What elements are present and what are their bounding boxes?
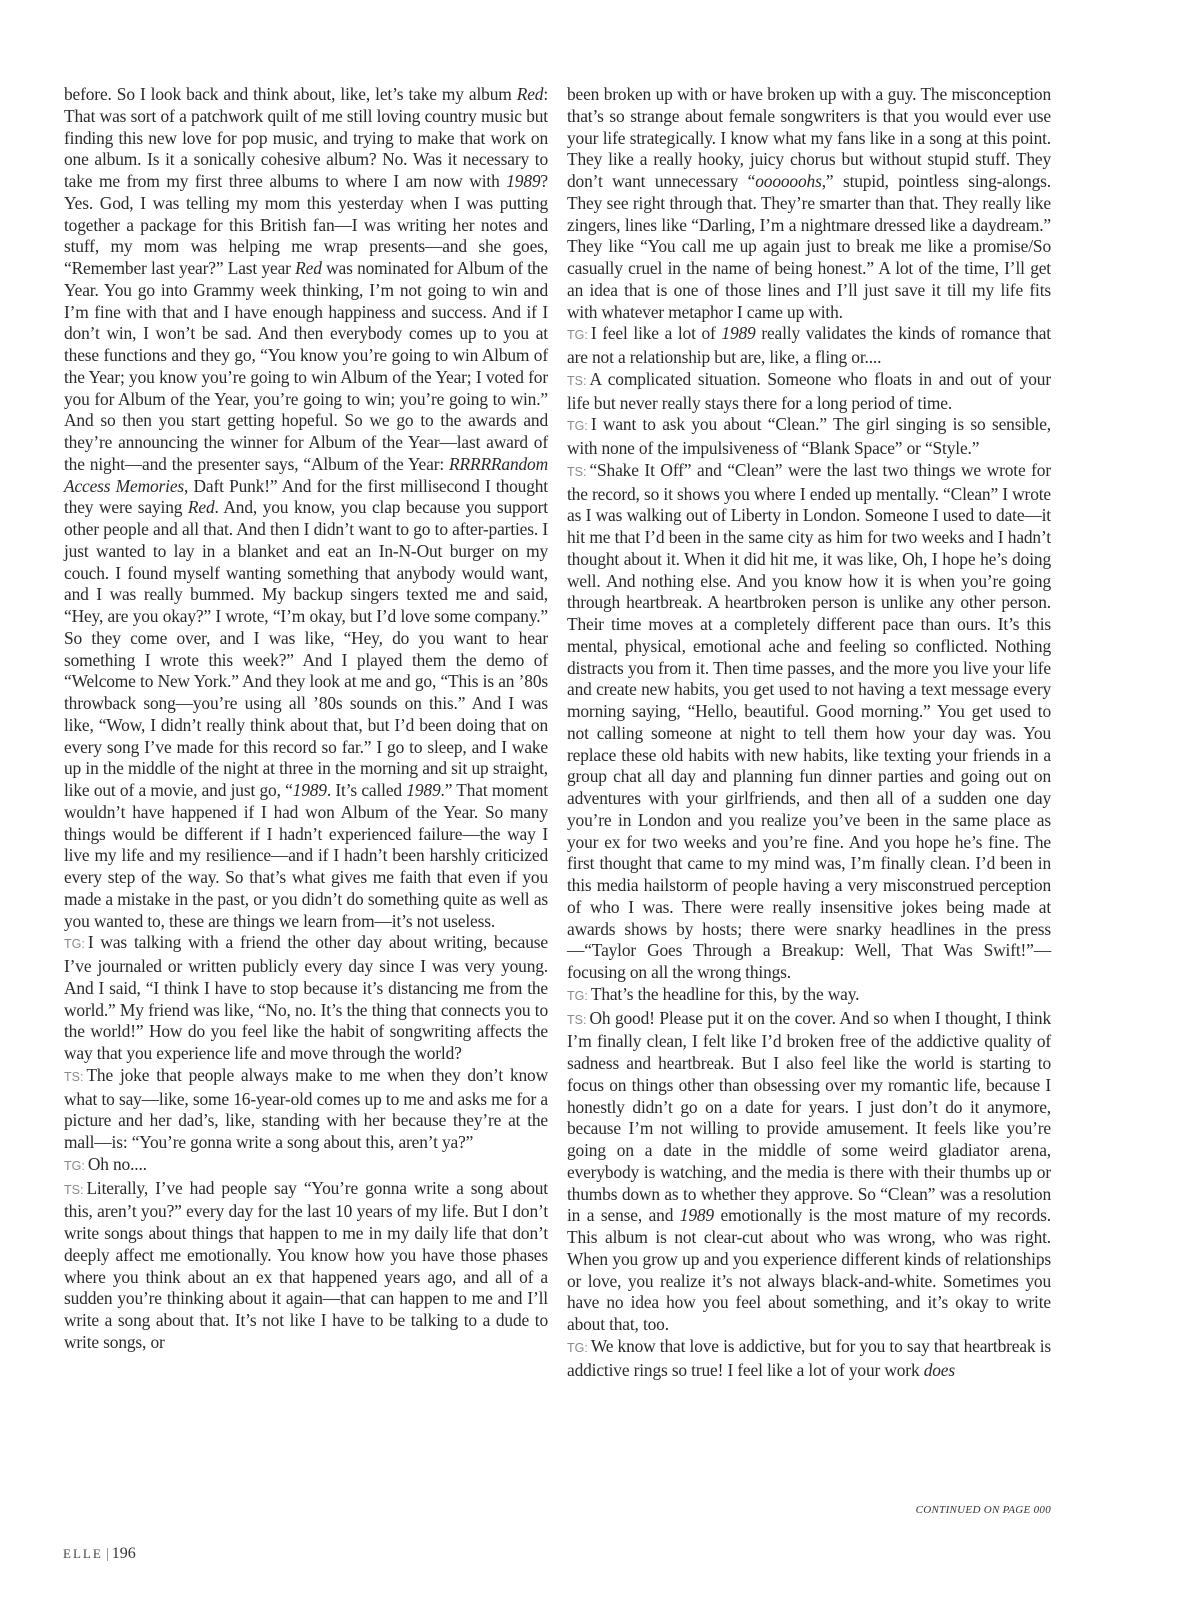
italic-title: 1989 bbox=[721, 323, 755, 343]
speaker-label: TS: bbox=[567, 465, 586, 479]
speaker-label: TG: bbox=[64, 937, 85, 951]
body-text: I feel like a lot of bbox=[591, 323, 722, 343]
magazine-logo: ELLE bbox=[63, 1546, 103, 1562]
body-text: A complicated situation. Someone who flo… bbox=[567, 369, 1051, 413]
body-text: .” That moment wouldn’t have happened if… bbox=[64, 780, 548, 931]
body-text: I was talking with a friend the other da… bbox=[64, 932, 548, 1063]
body-text: Oh good! Please put it on the cover. And… bbox=[567, 1008, 1051, 1226]
italic-title: Red bbox=[188, 497, 215, 517]
body-text: before. So I look back and think about, … bbox=[64, 84, 517, 104]
italic-title: oooooohs bbox=[755, 171, 821, 191]
page-number: 196 bbox=[112, 1545, 136, 1563]
body-text: I want to ask you about “Clean.” The gir… bbox=[567, 414, 1051, 458]
italic-title: 1989 bbox=[506, 171, 540, 191]
body-text: . And, you know, you clap because you su… bbox=[64, 497, 548, 800]
interview-exchange: TG:Oh no.... bbox=[64, 1154, 548, 1178]
speaker-label: TS: bbox=[567, 1013, 586, 1027]
interview-paragraph: been broken up with or have broken up wi… bbox=[567, 84, 1051, 323]
italic-title: Red bbox=[295, 258, 322, 278]
italic-title: 1989 bbox=[293, 780, 327, 800]
page-folio: ELLE 196 bbox=[63, 1545, 136, 1563]
speaker-label: TS: bbox=[64, 1183, 83, 1197]
interview-exchange: TG:We know that love is addictive, but f… bbox=[567, 1336, 1051, 1382]
interview-exchange: TG:I want to ask you about “Clean.” The … bbox=[567, 414, 1051, 460]
interview-exchange: TG:That’s the headline for this, by the … bbox=[567, 984, 1051, 1008]
interview-exchange: TS:The joke that people always make to m… bbox=[64, 1065, 548, 1154]
body-text: . It’s called bbox=[327, 780, 406, 800]
body-text: Literally, I’ve had people say “You’re g… bbox=[64, 1178, 548, 1352]
folio-divider bbox=[107, 1548, 108, 1561]
speaker-label: TG: bbox=[567, 989, 588, 1003]
speaker-label: TG: bbox=[64, 1159, 85, 1173]
body-text: Oh no.... bbox=[88, 1154, 147, 1174]
interview-exchange: TS:Oh good! Please put it on the cover. … bbox=[567, 1008, 1051, 1336]
interview-exchange: TG:I feel like a lot of 1989 really vali… bbox=[567, 323, 1051, 369]
speaker-label: TS: bbox=[64, 1070, 83, 1084]
italic-title: 1989 bbox=[406, 780, 440, 800]
speaker-label: TG: bbox=[567, 1341, 588, 1355]
body-text: ,” stupid, pointless sing-alongs. They s… bbox=[567, 171, 1051, 322]
speaker-label: TS: bbox=[567, 374, 586, 388]
body-text: was nominated for Album of the Year. You… bbox=[64, 258, 548, 474]
italic-title: 1989 bbox=[680, 1205, 714, 1225]
left-column: before. So I look back and think about, … bbox=[64, 84, 548, 1354]
interview-exchange: TS:Literally, I’ve had people say “You’r… bbox=[64, 1178, 548, 1354]
magazine-page: before. So I look back and think about, … bbox=[0, 0, 1177, 1600]
interview-exchange: TS:A complicated situation. Someone who … bbox=[567, 369, 1051, 415]
italic-title: Red bbox=[517, 84, 544, 104]
interview-exchange: TG:I was talking with a friend the other… bbox=[64, 932, 548, 1065]
body-text: That’s the headline for this, by the way… bbox=[591, 984, 859, 1004]
speaker-label: TG: bbox=[567, 419, 588, 433]
speaker-label: TG: bbox=[567, 328, 588, 342]
right-column: been broken up with or have broken up wi… bbox=[567, 84, 1051, 1381]
italic-title: does bbox=[924, 1360, 955, 1380]
interview-paragraph: before. So I look back and think about, … bbox=[64, 84, 548, 932]
body-text: We know that love is addictive, but for … bbox=[567, 1336, 1051, 1380]
body-text: The joke that people always make to me w… bbox=[64, 1065, 548, 1152]
body-text: “Shake It Off” and “Clean” were the last… bbox=[567, 460, 1051, 982]
continued-notice: CONTINUED ON PAGE 000 bbox=[567, 1504, 1051, 1516]
interview-exchange: TS:“Shake It Off” and “Clean” were the l… bbox=[567, 460, 1051, 984]
